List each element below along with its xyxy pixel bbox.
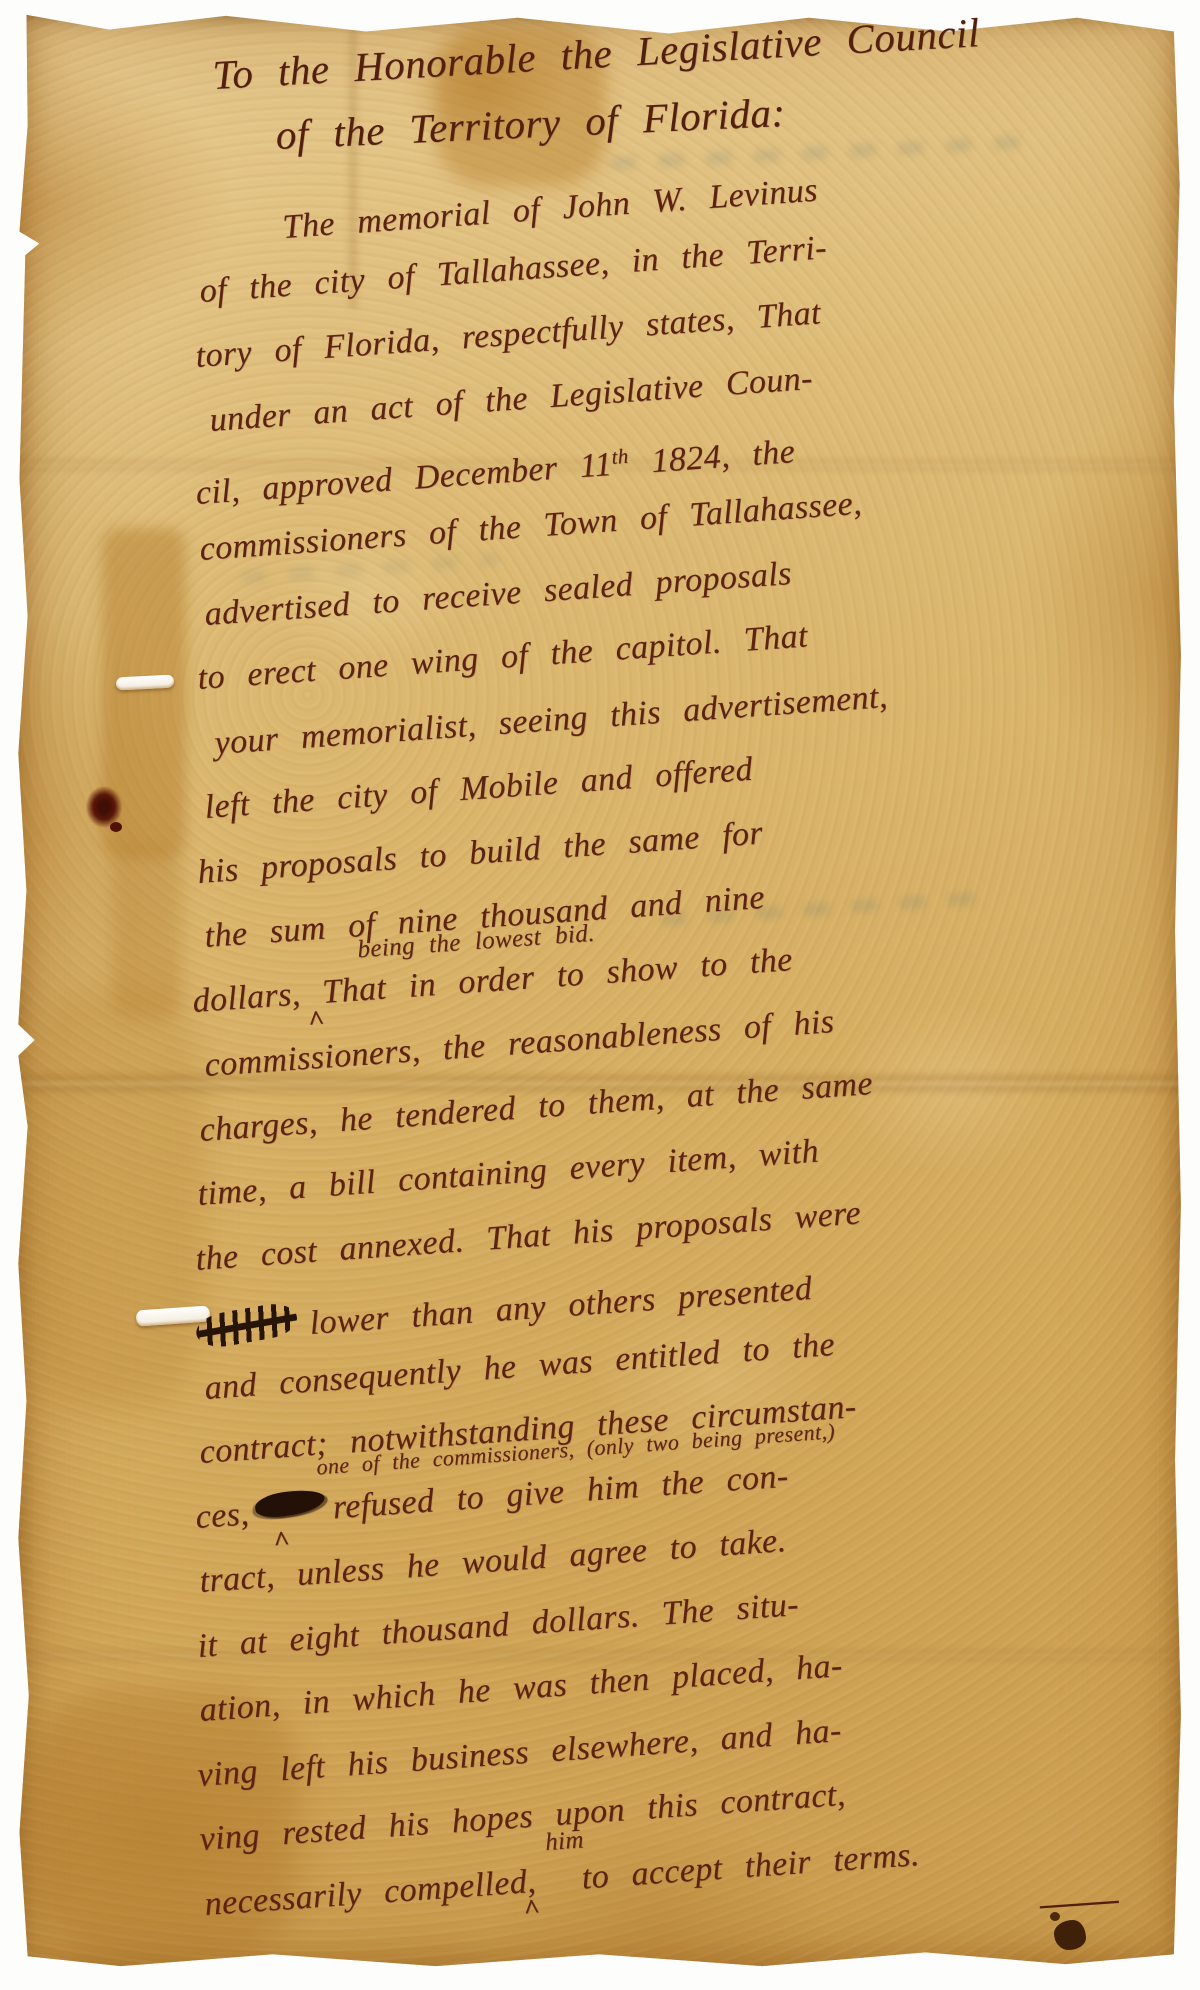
strikeout-scribble [193,1300,299,1351]
manuscript-text: cil, approved December 11 [195,446,614,512]
manuscript-text: his proposals to build the same for [196,815,764,891]
insertion-caret-mark: ^ [273,1531,291,1552]
manuscript-content: To the Honorable the Legislative Council… [0,0,1200,1990]
scan-background: To the Honorable the Legislative Council… [0,0,1200,1990]
manuscript-text: necessarily compelled, [203,1863,537,1923]
document-heading-line: of the Territory of Florida: [275,87,787,160]
strikeout-blot [254,1487,326,1519]
manuscript-text: left the city of Mobile and offered [203,751,754,826]
manuscript-text: 1824, the [628,433,796,482]
insertion-caret-mark: ^ [308,1011,326,1032]
document-heading-line: To the Honorable the Legislative Council [211,7,981,100]
manuscript-text: ces, [194,1495,250,1536]
closing-dash-mark: — [1038,1871,1120,1929]
manuscript-text: dollars, [191,976,301,1020]
ink-blot [84,784,124,830]
insertion-caret-mark: ^ [523,1900,541,1921]
manuscript-text: th [611,444,630,469]
manuscript-text: to accept their terms. [581,1836,921,1897]
interlined-insertion: him [544,1826,585,1857]
